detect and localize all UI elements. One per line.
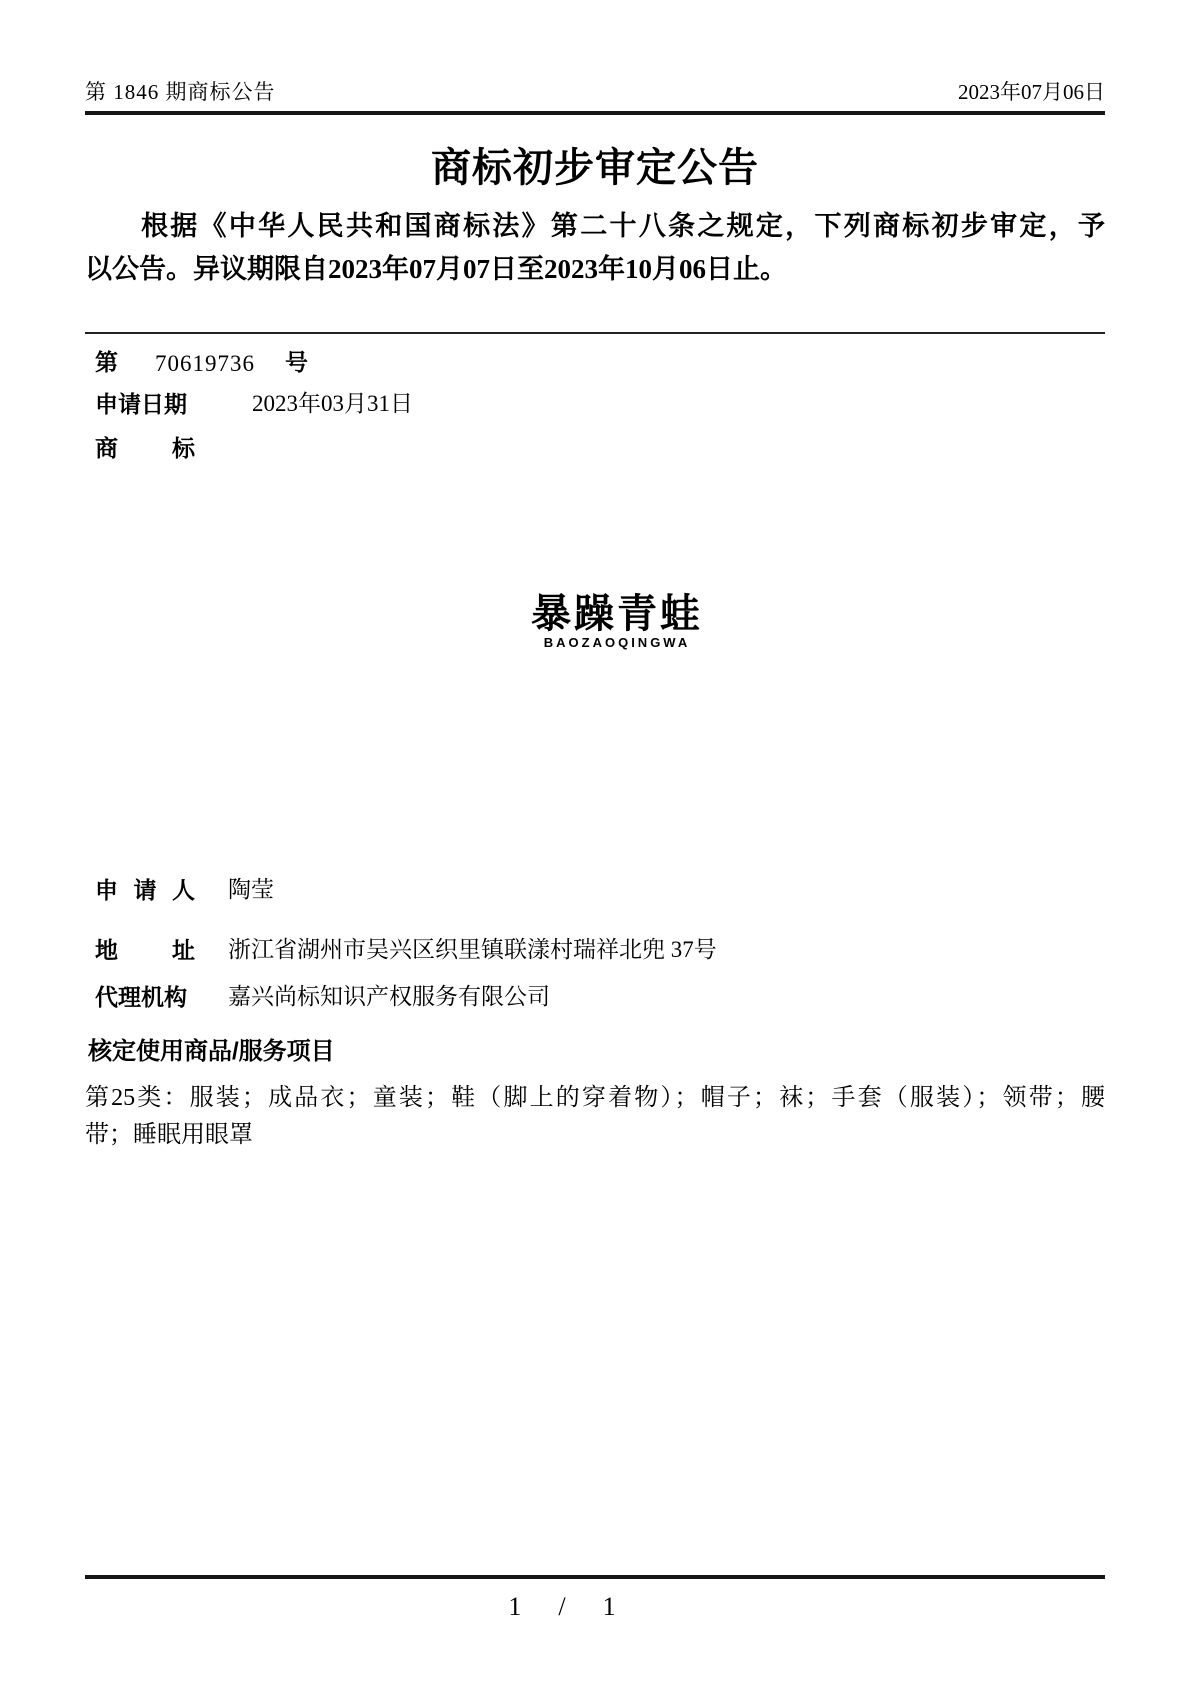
application-date-label: 申请日期 <box>95 390 187 418</box>
gazette-page: 第 1846 期商标公告 2023年07月06日 商标初步审定公告 根据《中华人… <box>0 0 1190 1684</box>
goods-services-header: 核定使用商品/服务项目 <box>88 1031 335 1066</box>
address-label-char1: 地 <box>95 936 118 964</box>
application-date-value: 2023年03月31日 <box>252 390 413 418</box>
address-label: 地 址 <box>95 936 195 964</box>
page-number: 1 / 1 <box>52 1592 1072 1622</box>
intro-line-2: 以公告。异议期限自2023年07月07日至2023年10月06日止。 <box>85 248 1105 291</box>
trademark-label-char2: 标 <box>172 434 195 462</box>
header-rule <box>85 111 1105 115</box>
applicant-label-char1: 申 <box>95 876 118 904</box>
gazette-date-label: 2023年07月06日 <box>958 76 1105 106</box>
goods-line-2: 带；睡眠用眼罩 <box>85 1117 1105 1154</box>
trademark-image: 暴躁青蛙 BAOZAOQINGWA <box>107 591 1127 649</box>
goods-services-text: 第25类：服装；成品衣；童装；鞋（脚上的穿着物）；帽子；袜；手套（服装）；领带；… <box>85 1080 1105 1154</box>
page-title: 商标初步审定公告 <box>85 136 1105 193</box>
trademark-label-char1: 商 <box>95 434 118 462</box>
page-number-separator: / <box>558 1592 565 1622</box>
goods-line-1: 第25类：服装；成品衣；童装；鞋（脚上的穿着物）；帽子；袜；手套（服装）；领带；… <box>85 1080 1105 1117</box>
agency-value: 嘉兴尚标知识产权服务有限公司 <box>228 983 550 1011</box>
reg-number-suffix: 号 <box>285 348 308 376</box>
trademark-latin-text: BAOZAOQINGWA <box>107 636 1127 649</box>
page-number-total: 1 <box>603 1592 616 1622</box>
intro-paragraph: 根据《中华人民共和国商标法》第二十八条之规定，下列商标初步审定，予 以公告。异议… <box>85 205 1105 291</box>
trademark-cn-text: 暴躁青蛙 <box>107 591 1127 637</box>
address-label-char2: 址 <box>172 936 195 964</box>
applicant-value: 陶莹 <box>228 876 274 904</box>
record-top-rule <box>85 332 1105 334</box>
page-number-current: 1 <box>508 1592 521 1622</box>
agency-label: 代理机构 <box>95 983 187 1011</box>
applicant-label-char2: 请 <box>134 876 157 904</box>
applicant-label: 申 请 人 <box>95 876 195 904</box>
reg-number-prefix: 第 <box>95 348 118 376</box>
intro-line-1: 根据《中华人民共和国商标法》第二十八条之规定，下列商标初步审定，予 <box>85 205 1105 248</box>
gazette-issue-label: 第 1846 期商标公告 <box>85 76 276 106</box>
address-value: 浙江省湖州市吴兴区织里镇联漾村瑞祥北兜 37号 <box>228 936 717 964</box>
trademark-label: 商 标 <box>95 434 195 462</box>
applicant-label-char3: 人 <box>172 876 195 904</box>
reg-number-value: 70619736 <box>155 350 255 378</box>
footer-rule <box>85 1575 1105 1579</box>
